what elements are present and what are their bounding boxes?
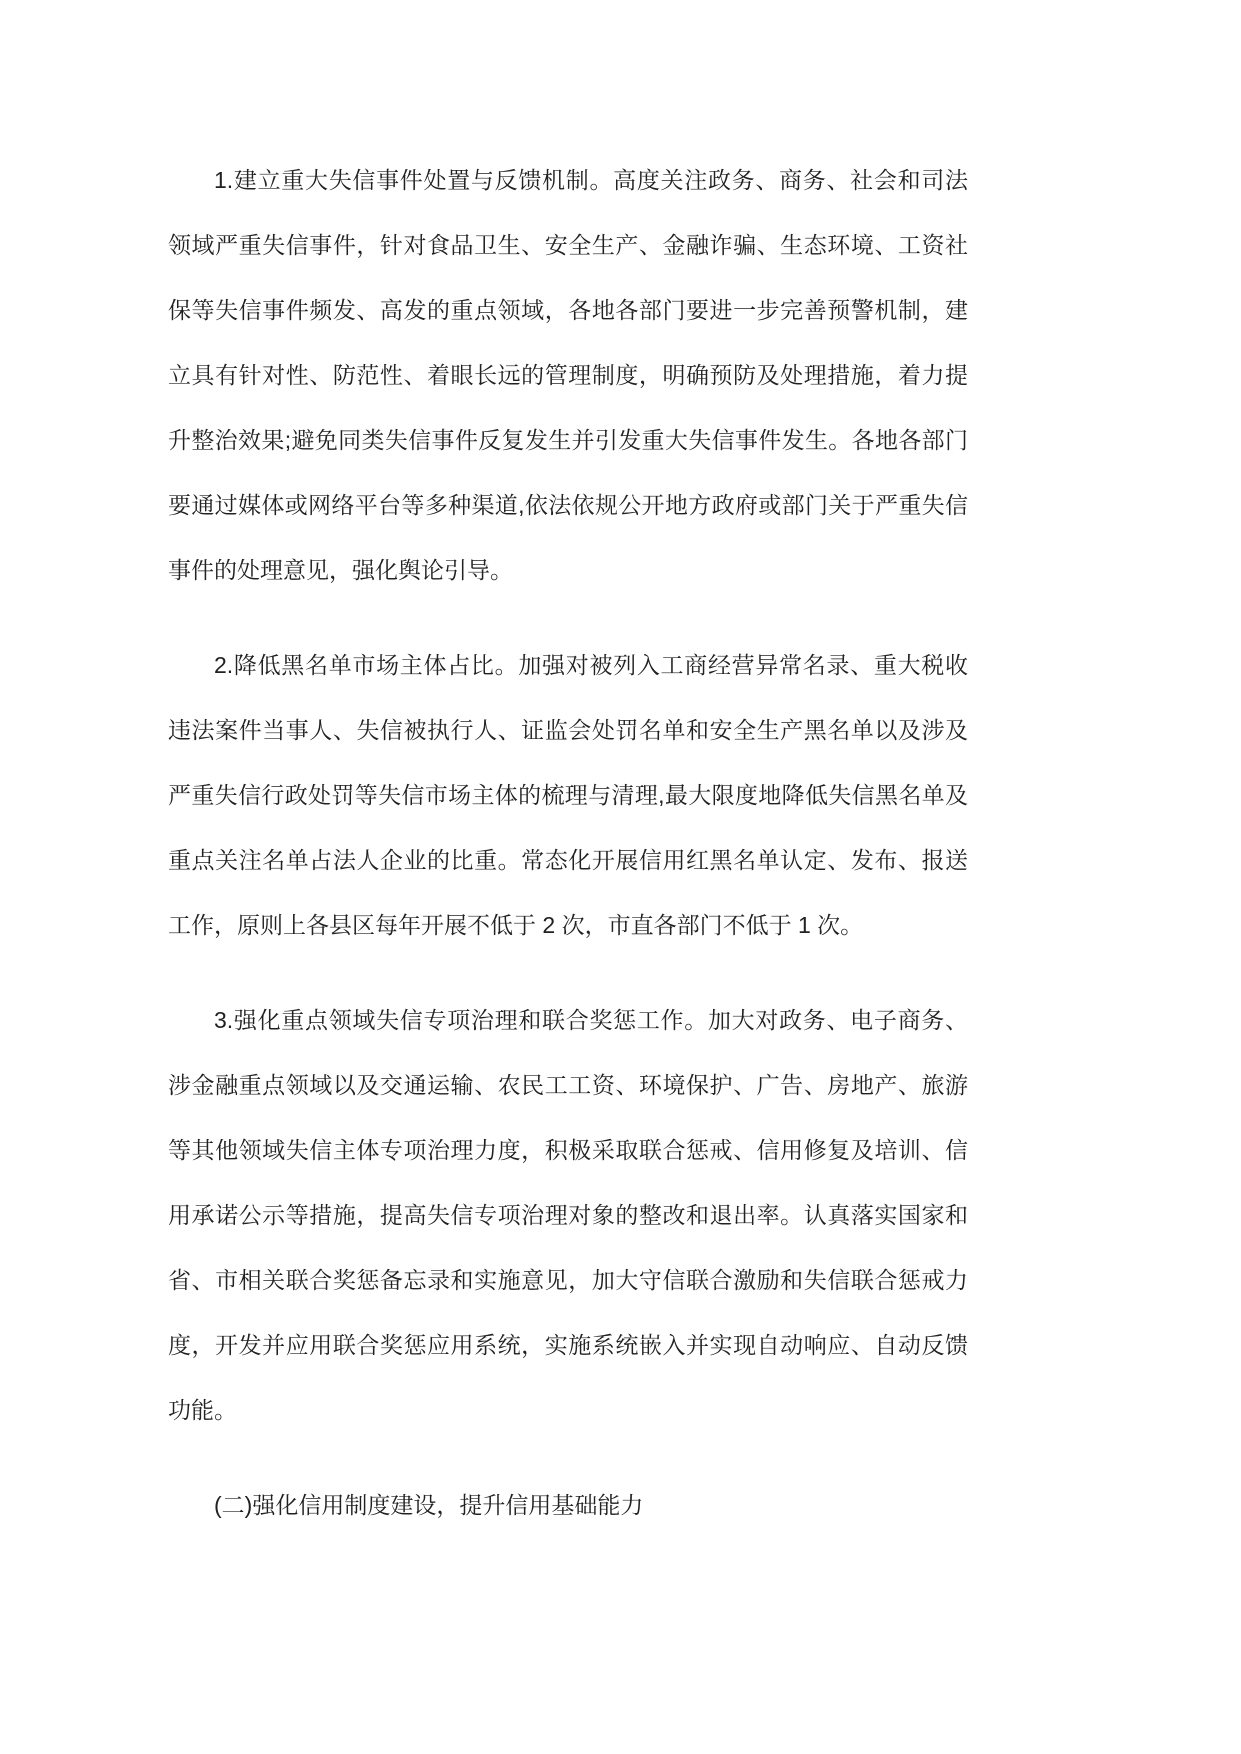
paragraph-3: 3.强化重点领域失信专项治理和联合奖惩工作。加大对政务、电子商务、涉金融重点领域… — [168, 988, 968, 1443]
document-page: { "page": { "background_color": "#ffffff… — [0, 0, 1241, 1754]
paragraph-1: 1.建立重大失信事件处置与反馈机制。高度关注政务、商务、社会和司法领域严重失信事… — [168, 148, 968, 603]
document-body: 1.建立重大失信事件处置与反馈机制。高度关注政务、商务、社会和司法领域严重失信事… — [168, 148, 968, 1538]
section-subheading: (二)强化信用制度建设，提升信用基础能力 — [168, 1473, 968, 1538]
paragraph-2: 2.降低黑名单市场主体占比。加强对被列入工商经营异常名录、重大税收违法案件当事人… — [168, 633, 968, 958]
